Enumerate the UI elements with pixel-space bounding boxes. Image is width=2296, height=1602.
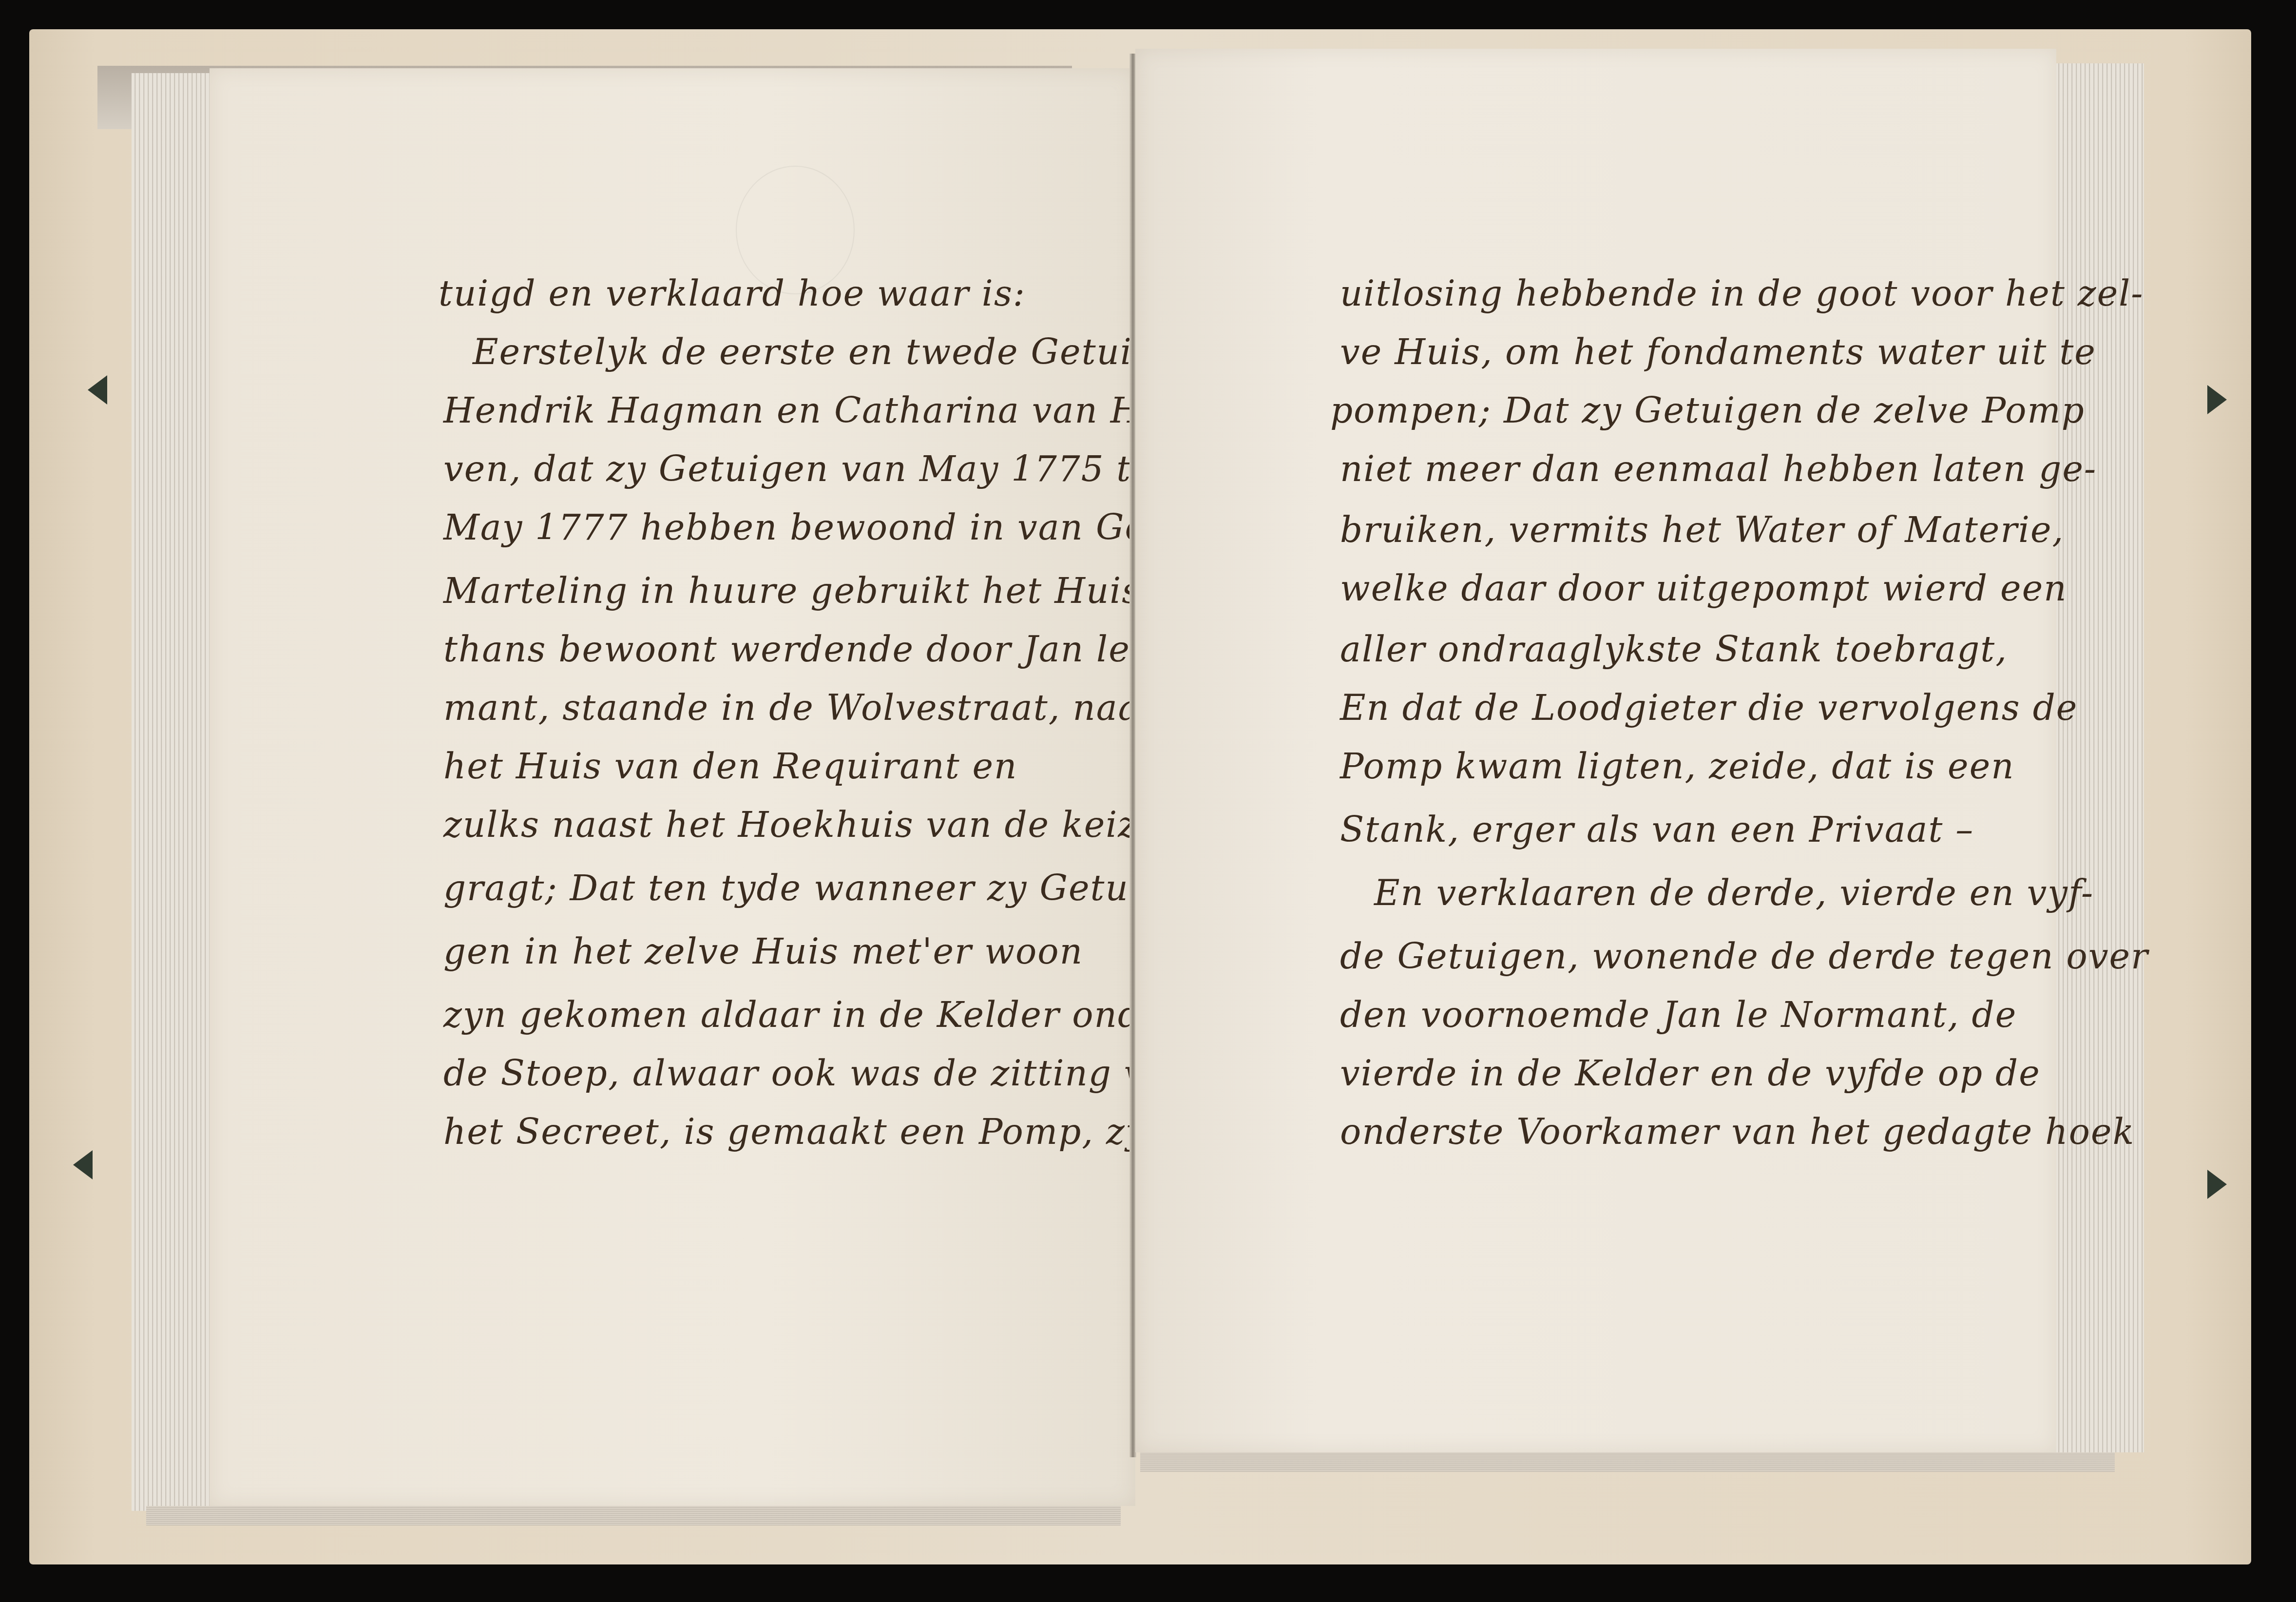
manuscript-line: den voornoemde Jan le Normant, de bbox=[1340, 994, 2017, 1035]
manuscript-line: Marteling in huure gebruikt het Huis, bbox=[443, 570, 1153, 611]
manuscript-line: gragt; Dat ten tyde wanneer zy Getui- bbox=[443, 868, 1154, 908]
manuscript-line: de Getuigen, wonende de derde tegen over bbox=[1340, 936, 2149, 977]
manuscript-line: tuigd en verklaard hoe waar is: bbox=[439, 273, 1026, 314]
manuscript-line: ve Huis, om het fondaments water uit te bbox=[1340, 331, 2096, 372]
manuscript-line: May 1777 hebben bewoond in van Gerrit bbox=[443, 507, 1209, 548]
manuscript-line: Pomp kwam ligten, zeide, dat is een bbox=[1340, 746, 2015, 787]
left-page-stack bbox=[132, 73, 214, 1511]
manuscript-line: het Secreet, is gemaakt een Pomp, zyn bbox=[443, 1111, 1170, 1152]
manuscript-line: onderste Voorkamer van het gedagte hoek bbox=[1340, 1111, 2135, 1152]
manuscript-line: En dat de Loodgieter die vervolgens de bbox=[1340, 687, 2078, 728]
manuscript-line: bruiken, vermits het Water of Materie, bbox=[1340, 509, 2064, 550]
manuscript-line: uitlosing hebbende in de goot voor het z… bbox=[1340, 273, 2144, 314]
manuscript-line: ven, dat zy Getuigen van May 1775 tot bbox=[443, 448, 1169, 489]
left-page-bottom-edge bbox=[146, 1506, 1121, 1525]
manuscript-line: En verklaaren de derde, vierde en vyf- bbox=[1374, 872, 2094, 913]
manuscript-line: mant, staande in de Wolvestraat, naast bbox=[443, 687, 1174, 728]
left-page: tuigd en verklaard hoe waar is: Eerstely… bbox=[210, 68, 1135, 1506]
manuscript-line: Stank, erger als van een Privaat – bbox=[1340, 809, 1974, 850]
manuscript-line: thans bewoont werdende door Jan le Nor- bbox=[443, 629, 1227, 670]
manuscript-line: Hendrik Hagman en Catharina van Hoe bbox=[443, 390, 1186, 431]
manuscript-line: niet meer dan eenmaal hebben laten ge- bbox=[1340, 448, 2097, 489]
right-page-stack bbox=[2047, 63, 2144, 1452]
manuscript-line: welke daar door uitgepompt wierd een bbox=[1340, 568, 2067, 609]
manuscript-line: pompen; Dat zy Getuigen de zelve Pomp bbox=[1330, 390, 2085, 431]
manuscript-line: Eerstelyk de eerste en twede Getuigen, bbox=[473, 331, 1213, 372]
manuscript-line: zulks naast het Hoekhuis van de keizers bbox=[443, 804, 1196, 845]
manuscript-line: gen in het zelve Huis met'er woon bbox=[443, 931, 1083, 972]
manuscript-line: het Huis van den Requirant en bbox=[443, 746, 1017, 787]
right-page: uitlosing hebbende in de goot voor het z… bbox=[1135, 49, 2056, 1452]
manuscript-line: vierde in de Kelder en de vyfde op de bbox=[1340, 1053, 2041, 1094]
manuscript-line: zyn gekomen aldaar in de Kelder onder bbox=[443, 994, 1181, 1035]
right-page-bottom-edge bbox=[1140, 1452, 2115, 1472]
manuscript-line: de Stoep, alwaar ook was de zitting van bbox=[443, 1053, 1190, 1094]
manuscript-line: aller ondraaglykste Stank toebragt, bbox=[1340, 629, 2008, 670]
